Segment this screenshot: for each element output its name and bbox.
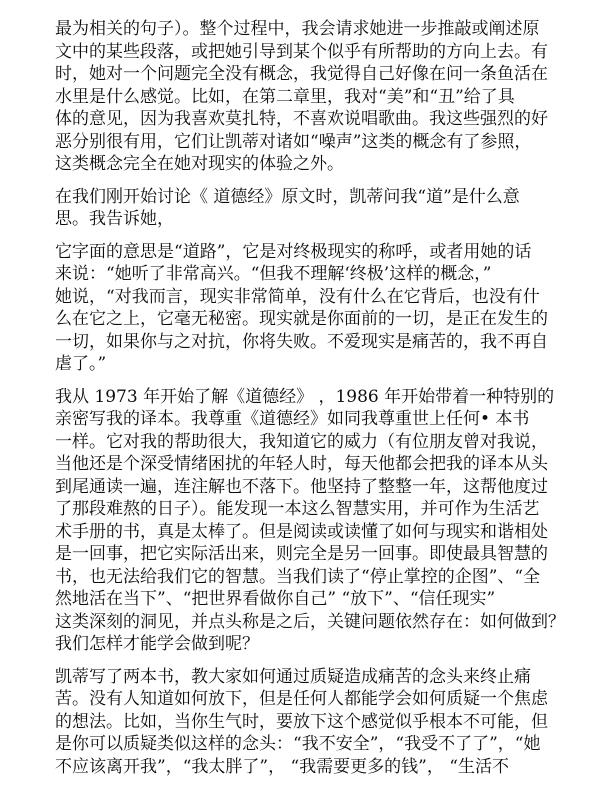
text-line: 在我们刚开始讨论《 道德经》原文时，凯蒂问我“道”是什么意 <box>55 186 552 209</box>
text-line: 是一回事，把它实际活出来，则完全是另一回事。即使最具智慧的 <box>55 543 552 566</box>
text-line: 来说：“她听了非常高兴。“但我不理解‘终极’这样的概念，” <box>55 263 552 286</box>
text-line: 最为相关的句子）。整个过程中，我会请求她进一步推敲或阐述原 <box>55 18 552 41</box>
text-line: 凯蒂写了两本书，教大家如何通过质疑造成痛苦的念头来终止痛 <box>55 666 552 689</box>
document-text: 最为相关的句子）。整个过程中，我会请求她进一步推敲或阐述原文中的某些段落，或把她… <box>55 18 552 778</box>
paragraph: 它字面的意思是“道路”，它是对终极现实的称呼，或者用她的话来说：“她听了非常高兴… <box>55 241 552 376</box>
text-line: 文中的某些段落，或把她引导到某个似乎有所帮助的方向上去。有 <box>55 41 552 64</box>
text-line: 这类概念完全在她对现实的体验之外。 <box>55 153 552 176</box>
text-line: 是你可以质疑类似这样的念头：“我不安全”，“我受不了了”，“她 <box>55 733 552 756</box>
text-line: 恶分别很有用，它们让凯蒂对诸如“噪声”这类的概念有了参照， <box>55 131 552 154</box>
document-page: 最为相关的句子）。整个过程中，我会请求她进一步推敲或阐述原文中的某些段落，或把她… <box>0 0 592 788</box>
text-line: 水里是什么感觉。比如，在第二章里，我对“美”和“丑”给了具 <box>55 86 552 109</box>
text-line: 苦。没有人知道如何放下，但是任何人都能学会如何质疑一个焦虑 <box>55 688 552 711</box>
text-line: 她说，“对我而言，现实非常简单，没有什么在它背后，也没有什 <box>55 286 552 309</box>
text-line: 体的意见，因为我喜欢莫扎特，不喜欢说唱歌曲。我这些强烈的好 <box>55 108 552 131</box>
text-line: 亲密写我的译本。我尊重《道德经》如同我尊重世上任何• 本书 <box>55 408 552 431</box>
text-line: 我从 1973 年开始了解《道德经》 ，1986 年开始带着一种特别的 <box>55 386 552 409</box>
paragraph: 在我们刚开始讨论《 道德经》原文时，凯蒂问我“道”是什么意思。我告诉她， <box>55 186 552 231</box>
paragraph: 凯蒂写了两本书，教大家如何通过质疑造成痛苦的念头来终止痛苦。没有人知道如何放下，… <box>55 666 552 779</box>
text-line: 思。我告诉她， <box>55 208 552 231</box>
text-line: 它字面的意思是“道路”，它是对终极现实的称呼，或者用她的话 <box>55 241 552 264</box>
text-line: 到尾通读一遍，连注解也不落下。他坚持了整整一年，这帮他度过 <box>55 476 552 499</box>
text-line: 书，也无法给我们它的智慧。当我们读了“停止掌控的企图”、“全 <box>55 566 552 589</box>
text-line: 一切，如果你与之对抗，你将失败。不爱现实是痛苦的，我不再自 <box>55 331 552 354</box>
text-line: 了那段难熬的日子）。能发现一本这么智慧实用，并可作为生活艺 <box>55 498 552 521</box>
text-line: 一样。它对我的帮助很大，我知道它的威力（有位朋友曾对我说， <box>55 431 552 454</box>
text-line: 当他还是个深受情绪困扰的年轻人时，每天他都会把我的译本从头 <box>55 453 552 476</box>
text-line: 虐了。” <box>55 353 552 376</box>
text-line: 然地活在当下”、“把世界看做你自己” “放下”、“信任现实” <box>55 588 552 611</box>
text-line: 这类深刻的洞见，并点头称是之后，关键问题依然存在：如何做到？ <box>55 611 552 634</box>
paragraph: 我从 1973 年开始了解《道德经》 ，1986 年开始带着一种特别的亲密写我的… <box>55 386 552 656</box>
text-line: 的想法。比如，当你生气时，要放下这个感觉似乎根本不可能，但 <box>55 711 552 734</box>
text-line: 不应该离开我”，“我太胖了”， “我需要更多的钱”， “生活不 <box>55 756 552 779</box>
paragraph: 最为相关的句子）。整个过程中，我会请求她进一步推敲或阐述原文中的某些段落，或把她… <box>55 18 552 176</box>
text-line: 么在它之上，它毫无秘密。现实就是你面前的一切，是正在发生的 <box>55 308 552 331</box>
text-line: 时，她对一个问题完全没有概念，我觉得自己好像在问一条鱼活在 <box>55 63 552 86</box>
text-line: 我们怎样才能学会做到呢？ <box>55 633 552 656</box>
text-line: 术手册的书，真是太棒了。但是阅读或读懂了如何与现实和谐相处 <box>55 521 552 544</box>
